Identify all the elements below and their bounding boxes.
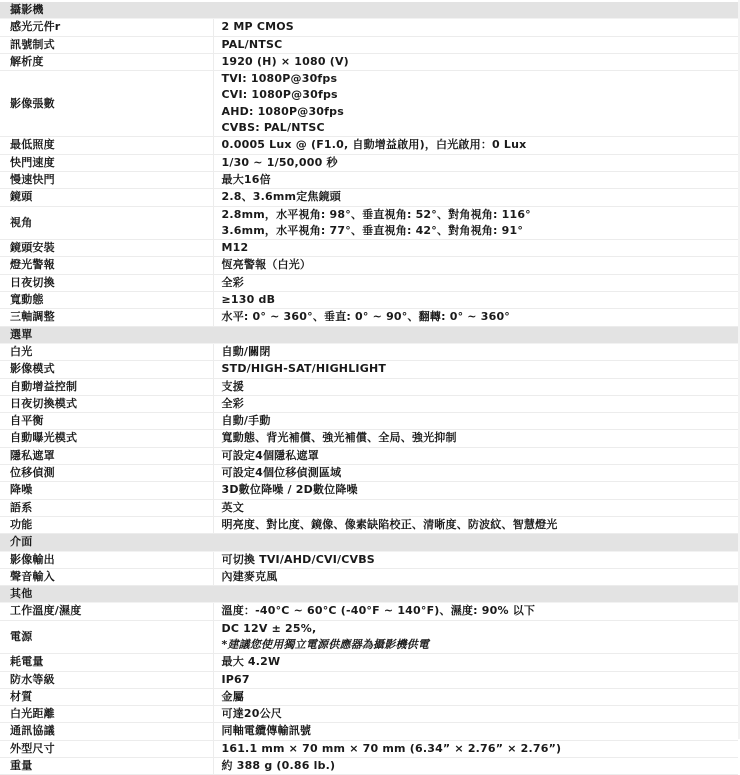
spec-label: 三軸調整 <box>0 309 213 326</box>
spec-row: 最低照度0.0005 Lux @ (F1.0, 自動增益啟用)，白光啟用：0 L… <box>0 137 738 154</box>
spec-label: 通訊協議 <box>0 723 213 739</box>
spec-row: 寬動態≥130 dB <box>0 292 738 309</box>
spec-value-line: 全彩 <box>222 396 739 412</box>
spec-row: 位移偵測可設定4個位移偵測區域 <box>0 465 738 482</box>
spec-value-line: CVI: 1080P@30fps <box>222 87 739 103</box>
spec-label: 最低照度 <box>0 137 213 154</box>
spec-value-line: TVI: 1080P@30fps <box>222 71 739 87</box>
spec-label: 工作溫度/濕度 <box>0 603 213 620</box>
section-title: 介面 <box>0 534 738 551</box>
spec-label: 解析度 <box>0 53 213 70</box>
spec-value: 溫度：-40°C ~ 60°C (-40°F ~ 140°F)、濕度: 90% … <box>213 603 738 620</box>
spec-row: 鏡頭安裝M12 <box>0 240 738 257</box>
spec-label: 訊號制式 <box>0 36 213 53</box>
spec-label: 鏡頭安裝 <box>0 240 213 257</box>
spec-table: 攝影機感光元件r2 MP CMOS訊號制式PAL/NTSC解析度1920 (H)… <box>0 2 738 739</box>
spec-value-line: 寬動態、背光補償、強光補償、全局、強光抑制 <box>222 430 739 446</box>
spec-label: 慢速快門 <box>0 171 213 188</box>
spec-value-line: 0.0005 Lux @ (F1.0, 自動增益啟用)，白光啟用：0 Lux <box>222 137 739 153</box>
spec-value-line: ≥130 dB <box>222 292 739 308</box>
spec-label: 位移偵測 <box>0 465 213 482</box>
spec-label: 感光元件r <box>0 19 213 36</box>
spec-table-body: 攝影機感光元件r2 MP CMOS訊號制式PAL/NTSC解析度1920 (H)… <box>0 2 738 739</box>
spec-value-line: *建議您使用獨立電源供應器為攝影機供電 <box>222 637 739 653</box>
spec-value: 1920 (H) × 1080 (V) <box>213 53 738 70</box>
spec-value: TVI: 1080P@30fpsCVI: 1080P@30fpsAHD: 108… <box>213 71 738 137</box>
section-header-row: 攝影機 <box>0 2 738 19</box>
spec-value-line: 溫度：-40°C ~ 60°C (-40°F ~ 140°F)、濕度: 90% … <box>222 603 739 619</box>
section-title: 攝影機 <box>0 2 738 19</box>
spec-row: 自平衡自動/手動 <box>0 413 738 430</box>
spec-row: 防水等級IP67 <box>0 671 738 688</box>
spec-row: 視角2.8mm，水平視角: 98°、垂直視角: 52°、對角視角: 116°3.… <box>0 206 738 240</box>
spec-label: 防水等級 <box>0 671 213 688</box>
spec-value-line: 3.6mm，水平視角: 77°、垂直視角: 42°、對角視角: 91° <box>222 223 739 239</box>
spec-row: 影像模式STD/HIGH-SAT/HIGHLIGHT <box>0 361 738 378</box>
spec-value-line: 自動/關閉 <box>222 344 739 360</box>
spec-value: 可達20公尺 <box>213 706 738 723</box>
spec-value-line: 可設定4個隱私遮罩 <box>222 448 739 464</box>
spec-value: 恆亮警報（白光） <box>213 257 738 274</box>
spec-value: 1/30 ~ 1/50,000 秒 <box>213 154 738 171</box>
spec-value-line: 金屬 <box>222 689 739 705</box>
spec-value: 支援 <box>213 378 738 395</box>
spec-row: 電源DC 12V ± 25%,*建議您使用獨立電源供應器為攝影機供電 <box>0 620 738 654</box>
section-header-row: 介面 <box>0 534 738 551</box>
spec-value-line: 自動/手動 <box>222 413 739 429</box>
spec-label: 鏡頭 <box>0 189 213 206</box>
spec-value-line: 1/30 ~ 1/50,000 秒 <box>222 155 739 171</box>
spec-label: 降噪 <box>0 482 213 499</box>
spec-value-line: 全彩 <box>222 275 739 291</box>
spec-row: 影像輸出可切換 TVI/AHD/CVI/CVBS <box>0 551 738 568</box>
spec-row: 日夜切換模式全彩 <box>0 395 738 412</box>
spec-value-line: 1920 (H) × 1080 (V) <box>222 54 739 70</box>
spec-value-line: M12 <box>222 240 739 256</box>
spec-label: 視角 <box>0 206 213 240</box>
spec-label: 聲音輸入 <box>0 568 213 585</box>
spec-label: 白光 <box>0 343 213 360</box>
spec-label: 寬動態 <box>0 292 213 309</box>
spec-value: 自動/手動 <box>213 413 738 430</box>
spec-value-line: 3D數位降噪 / 2D數位降噪 <box>222 482 739 498</box>
spec-row: 燈光警報恆亮警報（白光） <box>0 257 738 274</box>
spec-value: 最大 4.2W <box>213 654 738 671</box>
spec-value-line: 最大 4.2W <box>222 654 739 670</box>
spec-value-line: 可切換 TVI/AHD/CVI/CVBS <box>222 552 739 568</box>
spec-label: 影像輸出 <box>0 551 213 568</box>
spec-value-line: 明亮度、對比度、鏡像、像素缺陷校正、清晰度、防波紋、智慧燈光 <box>222 517 739 533</box>
spec-value-line: 內建麥克風 <box>222 569 739 585</box>
spec-value: 可設定4個隱私遮罩 <box>213 447 738 464</box>
spec-label: 白光距離 <box>0 706 213 723</box>
spec-value: 2.8mm，水平視角: 98°、垂直視角: 52°、對角視角: 116°3.6m… <box>213 206 738 240</box>
spec-value: PAL/NTSC <box>213 36 738 53</box>
spec-row: 功能明亮度、對比度、鏡像、像素缺陷校正、清晰度、防波紋、智慧燈光 <box>0 516 738 533</box>
spec-row: 白光距離可達20公尺 <box>0 706 738 723</box>
spec-value: M12 <box>213 240 738 257</box>
spec-row: 聲音輸入內建麥克風 <box>0 568 738 585</box>
spec-value-line: 最大16倍 <box>222 172 739 188</box>
spec-value: 最大16倍 <box>213 171 738 188</box>
spec-row: 自動曝光模式寬動態、背光補償、強光補償、全局、強光抑制 <box>0 430 738 447</box>
spec-value-line: CVBS: PAL/NTSC <box>222 120 739 136</box>
spec-label: 日夜切換 <box>0 274 213 291</box>
spec-value: 明亮度、對比度、鏡像、像素缺陷校正、清晰度、防波紋、智慧燈光 <box>213 516 738 533</box>
spec-row: 三軸調整水平: 0° ~ 360°、垂直: 0° ~ 90°、翻轉: 0° ~ … <box>0 309 738 326</box>
spec-row: 降噪3D數位降噪 / 2D數位降噪 <box>0 482 738 499</box>
spec-row: 自動增益控制支援 <box>0 378 738 395</box>
spec-value: 水平: 0° ~ 360°、垂直: 0° ~ 90°、翻轉: 0° ~ 360° <box>213 309 738 326</box>
spec-row: 快門速度1/30 ~ 1/50,000 秒 <box>0 154 738 171</box>
spec-value: 可設定4個位移偵測區域 <box>213 465 738 482</box>
spec-label: 自動增益控制 <box>0 378 213 395</box>
spec-row: 材質金屬 <box>0 688 738 705</box>
spec-row: 影像張數TVI: 1080P@30fpsCVI: 1080P@30fpsAHD:… <box>0 71 738 137</box>
spec-value: DC 12V ± 25%,*建議您使用獨立電源供應器為攝影機供電 <box>213 620 738 654</box>
spec-value: 寬動態、背光補償、強光補償、全局、強光抑制 <box>213 430 738 447</box>
spec-row: 慢速快門最大16倍 <box>0 171 738 188</box>
spec-label: 影像張數 <box>0 71 213 137</box>
spec-value-line: 可達20公尺 <box>222 706 739 722</box>
spec-row: 耗電量最大 4.2W <box>0 654 738 671</box>
section-title: 其他 <box>0 586 738 603</box>
spec-label: 隱私遮罩 <box>0 447 213 464</box>
spec-value: 自動/關閉 <box>213 343 738 360</box>
spec-label: 耗電量 <box>0 654 213 671</box>
spec-label: 燈光警報 <box>0 257 213 274</box>
spec-value: 0.0005 Lux @ (F1.0, 自動增益啟用)，白光啟用：0 Lux <box>213 137 738 154</box>
spec-row: 解析度1920 (H) × 1080 (V) <box>0 53 738 70</box>
spec-label: 快門速度 <box>0 154 213 171</box>
spec-value-line: 支援 <box>222 379 739 395</box>
spec-value: ≥130 dB <box>213 292 738 309</box>
spec-value: 全彩 <box>213 274 738 291</box>
spec-value-line: DC 12V ± 25%, <box>222 621 739 637</box>
spec-label: 功能 <box>0 516 213 533</box>
spec-value: 金屬 <box>213 688 738 705</box>
spec-value-line: 英文 <box>222 500 739 516</box>
spec-value: 2.8、3.6mm定焦鏡頭 <box>213 189 738 206</box>
spec-value-line: 同軸電纜傳輸訊號 <box>222 723 739 739</box>
spec-value-line: 可設定4個位移偵測區域 <box>222 465 739 481</box>
spec-label: 日夜切換模式 <box>0 395 213 412</box>
spec-row: 通訊協議同軸電纜傳輸訊號 <box>0 723 738 739</box>
section-title: 選單 <box>0 326 738 343</box>
spec-label: 材質 <box>0 688 213 705</box>
spec-value: 可切換 TVI/AHD/CVI/CVBS <box>213 551 738 568</box>
section-header-row: 選單 <box>0 326 738 343</box>
spec-row: 隱私遮罩可設定4個隱私遮罩 <box>0 447 738 464</box>
spec-label: 自平衡 <box>0 413 213 430</box>
spec-value-line: 水平: 0° ~ 360°、垂直: 0° ~ 90°、翻轉: 0° ~ 360° <box>222 309 739 325</box>
spec-value-line: PAL/NTSC <box>222 37 739 53</box>
spec-label: 語系 <box>0 499 213 516</box>
spec-value-line: AHD: 1080P@30fps <box>222 104 739 120</box>
spec-row: 訊號制式PAL/NTSC <box>0 36 738 53</box>
spec-value: 英文 <box>213 499 738 516</box>
spec-label: 影像模式 <box>0 361 213 378</box>
spec-value-line: STD/HIGH-SAT/HIGHLIGHT <box>222 361 739 377</box>
spec-value: 同軸電纜傳輸訊號 <box>213 723 738 739</box>
spec-row: 日夜切換全彩 <box>0 274 738 291</box>
spec-row: 鏡頭2.8、3.6mm定焦鏡頭 <box>0 189 738 206</box>
spec-value: 3D數位降噪 / 2D數位降噪 <box>213 482 738 499</box>
spec-value: STD/HIGH-SAT/HIGHLIGHT <box>213 361 738 378</box>
spec-label: 電源 <box>0 620 213 654</box>
spec-value: 2 MP CMOS <box>213 19 738 36</box>
spec-value-line: 2.8、3.6mm定焦鏡頭 <box>222 189 739 205</box>
section-header-row: 其他 <box>0 586 738 603</box>
spec-row: 工作溫度/濕度溫度：-40°C ~ 60°C (-40°F ~ 140°F)、濕… <box>0 603 738 620</box>
spec-value: 全彩 <box>213 395 738 412</box>
spec-value-line: 恆亮警報（白光） <box>222 257 739 273</box>
spec-value: IP67 <box>213 671 738 688</box>
spec-value-line: IP67 <box>222 672 739 688</box>
spec-row: 感光元件r2 MP CMOS <box>0 19 738 36</box>
spec-value-line: 2 MP CMOS <box>222 19 739 35</box>
spec-row: 語系英文 <box>0 499 738 516</box>
spec-value: 內建麥克風 <box>213 568 738 585</box>
spec-value-line: 2.8mm，水平視角: 98°、垂直視角: 52°、對角視角: 116° <box>222 207 739 223</box>
spec-row: 白光自動/關閉 <box>0 343 738 360</box>
spec-label: 自動曝光模式 <box>0 430 213 447</box>
